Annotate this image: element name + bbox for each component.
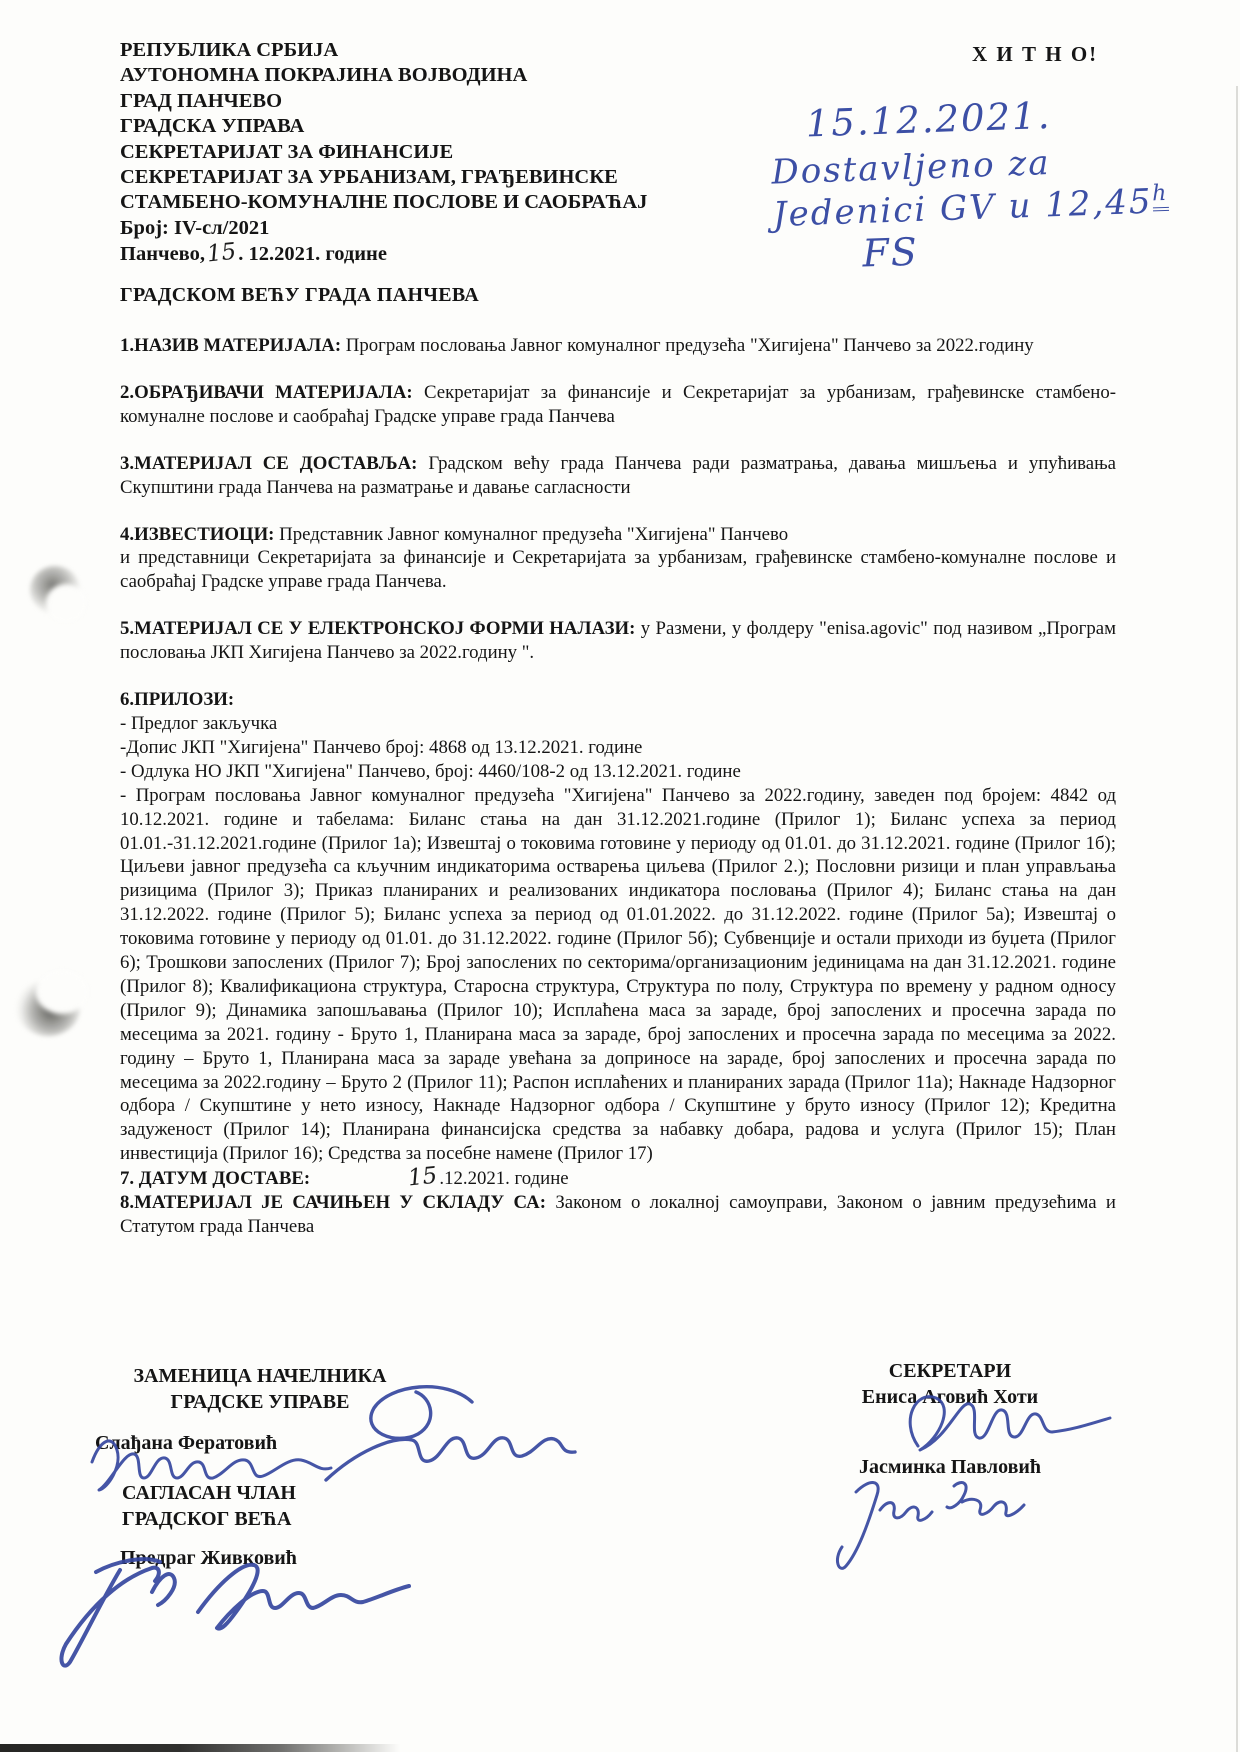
- scan-edge-right: [1236, 86, 1238, 1752]
- place-date-prefix: Панчево,: [120, 243, 205, 265]
- scan-edge-bottom: [0, 1744, 400, 1752]
- section-7: 7. ДАТУМ ДОСТАВЕ:15.12.2021. године: [120, 1166, 1116, 1191]
- left-signatory-name2: Предраг Живковић: [120, 1547, 297, 1570]
- document-body: 1.НАЗИВ МАТЕРИЈАЛА: Програм пословања Ја…: [120, 334, 1116, 1239]
- right-signatory-name2: Јасминка Павловић: [800, 1456, 1100, 1479]
- place-date-line: Панчево,15. 12.2021. године: [120, 241, 760, 267]
- attachment-item: - Предлог закључка: [120, 712, 1116, 736]
- section-8: 8.МАТЕРИЈАЛ ЈЕ САЧИЊЕН У СКЛАДУ СА: Зако…: [120, 1191, 1116, 1239]
- urgent-label: Х И Т Н О!: [972, 42, 1098, 67]
- handwritten-day-section7: 15: [405, 1165, 441, 1192]
- signature-jasminka-pavlovic: [837, 1483, 1024, 1569]
- header-line-city: ГРАД ПАНЧЕВО: [120, 89, 760, 114]
- document-number-line: Број: IV-сл/2021: [120, 216, 760, 241]
- left-signatory-role3: САГЛАСАН ЧЛАН: [122, 1481, 296, 1507]
- section-1-label: 1.НАЗИВ МАТЕРИЈАЛА:: [120, 335, 341, 356]
- left-signatory-role2: ГРАДСКЕ УПРАВЕ: [120, 1390, 400, 1416]
- right-signatory-name1: Ениса Аговић Хоти: [800, 1386, 1100, 1409]
- section-1-text: Програм пословања Јавног комуналног пред…: [346, 335, 1034, 356]
- handwritten-day-header: 15: [204, 240, 240, 269]
- left-signatory-role4: ГРАДСКОГ ВЕЋА: [122, 1507, 296, 1533]
- section-3: 3.МАТЕРИЈАЛ СЕ ДОСТАВЉА: Градском већу г…: [120, 452, 1116, 500]
- header-line-secretariat-urbanism: СЕКРЕТАРИЈАТ ЗА УРБАНИЗАМ, ГРАЂЕВИНСКЕ: [120, 165, 760, 190]
- signature-predrag-zivkovic: [61, 1559, 409, 1665]
- section-4-text2: и представници Секретаријата за финансиј…: [120, 546, 1116, 594]
- document-page: Х И Т Н О! РЕПУБЛИКА СРБИЈА АУТОНОМНА ПО…: [0, 0, 1240, 1752]
- section-5: 5.МАТЕРИЈАЛ СЕ У ЕЛЕКТРОНСКОЈ ФОРМИ НАЛА…: [120, 617, 1116, 665]
- section-4-label: 4.ИЗВЕСТИОЦИ:: [120, 524, 274, 545]
- section-2: 2.ОБРАЂИВАЧИ МАТЕРИЈАЛА: Секретаријат за…: [120, 381, 1116, 429]
- section-3-label: 3.МАТЕРИЈАЛ СЕ ДОСТАВЉА:: [120, 453, 417, 474]
- left-signatory-role1: ЗАМЕНИЦА НАЧЕЛНИКА: [120, 1364, 400, 1390]
- handwritten-note-date: 15.12.2021.: [805, 88, 1210, 145]
- recipient-line: ГРАДСКОМ ВЕЋУ ГРАДА ПАНЧЕВА: [120, 284, 479, 307]
- header-line-administration: ГРАДСКА УПРАВА: [120, 114, 760, 139]
- right-signatory-block: СЕКРЕТАРИ Ениса Аговић Хоти Јасминка Пав…: [800, 1360, 1100, 1479]
- section-5-label: 5.МАТЕРИЈАЛ СЕ У ЕЛЕКТРОНСКОЈ ФОРМИ НАЛА…: [120, 618, 635, 639]
- header-line-secretariat-urbanism-2: СТАМБЕНО-КОМУНАЛНЕ ПОСЛОВЕ И САОБРАЋАЈ: [120, 190, 760, 215]
- section-2-label: 2.ОБРАЂИВАЧИ МАТЕРИЈАЛА:: [120, 382, 413, 403]
- header-line-province: АУТОНОМНА ПОКРАЈИНА ВОЈВОДИНА: [120, 63, 760, 88]
- left-signatory-titles: ЗАМЕНИЦА НАЧЕЛНИКА ГРАДСКЕ УПРАВЕ: [120, 1364, 400, 1415]
- attachment-item: - Одлука НО ЈКП "Хигијена" Панчево, број…: [120, 760, 1116, 784]
- section-7-suffix: .12.2021. године: [439, 1168, 568, 1189]
- header-line-republic: РЕПУБЛИКА СРБИЈА: [120, 38, 760, 63]
- right-signatory-role: СЕКРЕТАРИ: [800, 1360, 1100, 1383]
- header-block: РЕПУБЛИКА СРБИЈА АУТОНОМНА ПОКРАЈИНА ВОЈ…: [120, 38, 760, 268]
- section-8-label: 8.МАТЕРИЈАЛ ЈЕ САЧИЊЕН У СКЛАДУ СА:: [120, 1192, 546, 1213]
- punch-hole-mark-bottom: [16, 980, 80, 1036]
- left-signatory-name1: Слађана Фератовић: [95, 1432, 277, 1455]
- section-6: 6.ПРИЛОЗИ: - Предлог закључка -Допис ЈКП…: [120, 688, 1116, 1166]
- handwritten-note: 15.12.2021. Dostavljeno za Jedenici GV u…: [769, 88, 1215, 279]
- section-7-label: 7. ДАТУМ ДОСТАВЕ:: [120, 1168, 310, 1189]
- section-4-text: Представник Јавног комуналног предузећа …: [279, 524, 788, 545]
- attachment-item-program: - Програм пословања Јавног комуналног пр…: [120, 784, 1116, 1167]
- left-signatory-titles2: САГЛАСАН ЧЛАН ГРАДСКОГ ВЕЋА: [122, 1481, 296, 1532]
- section-6-label: 6.ПРИЛОЗИ:: [120, 688, 1116, 712]
- section-1: 1.НАЗИВ МАТЕРИЈАЛА: Програм пословања Ја…: [120, 334, 1116, 358]
- header-line-secretariat-finance: СЕКРЕТАРИЈАТ ЗА ФИНАНСИЈЕ: [120, 140, 760, 165]
- attachment-item: -Допис ЈКП "Хигијена" Панчево број: 4868…: [120, 736, 1116, 760]
- section-4: 4.ИЗВЕСТИОЦИ: Представник Јавног комунал…: [120, 523, 1116, 595]
- section-4-line1: 4.ИЗВЕСТИОЦИ: Представник Јавног комунал…: [120, 523, 1116, 547]
- place-date-suffix: . 12.2021. године: [238, 243, 387, 265]
- punch-hole-mark-top: [30, 566, 80, 614]
- handwritten-note-hour-sup: h: [1152, 181, 1169, 212]
